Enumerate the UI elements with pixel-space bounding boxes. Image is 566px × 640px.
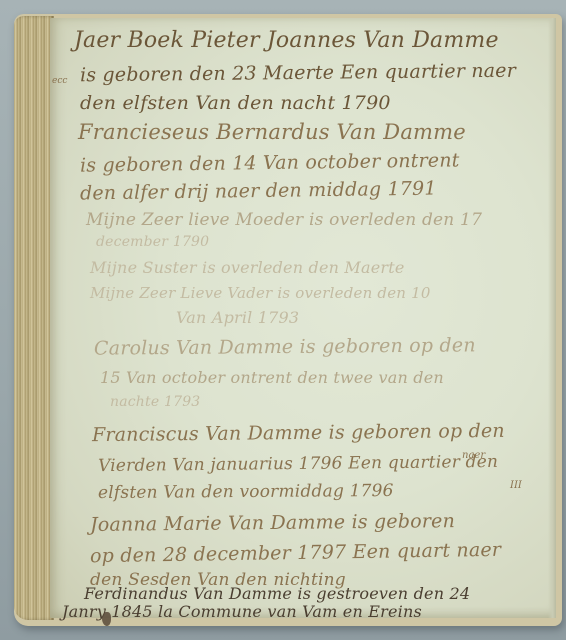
line-franciscus-3: elfsten Van den voormiddag 1796 — [98, 481, 394, 503]
line-mother-death-2: december 1790 — [96, 234, 209, 250]
line-joanna-2: op den 28 december 1797 Een quart naer — [90, 539, 501, 567]
line-title: Jaer Boek Pieter Joannes Van Damme — [74, 28, 499, 53]
line-carolus-2: 15 Van october ontrent den twee van den — [100, 368, 444, 387]
line-carolus-1: Carolus Van Damme is geboren op den — [94, 334, 476, 359]
line-ferdinandus-2: Janry 1845 la Commune van Vam en Ereins — [62, 602, 422, 621]
line-father-death-1: Mijne Zeer Lieve Vader is overleden den … — [90, 284, 431, 302]
line-joanna-1: Joanna Marie Van Damme is geboren — [90, 510, 455, 536]
line-carolus-3: nachte 1793 — [110, 394, 200, 410]
line-birth-pieter-2: den elfsten Van den nacht 1790 — [80, 92, 391, 114]
line-mother-death-1: Mijne Zeer lieve Moeder is overleden den… — [86, 210, 482, 230]
book-page-edges — [14, 16, 54, 620]
line-sister-death: Mijne Suster is overleden den Maerte — [90, 258, 405, 277]
line-franciscus-bernardus-1: Francieseus Bernardus Van Damme — [78, 120, 466, 144]
line-franciscus-bernardus-3: den alfer drij naer den middag 1791 — [80, 178, 437, 205]
line-ferdinandus-1: Ferdinandus Van Damme is gestroeven den … — [84, 584, 470, 603]
line-franciscus-2: Vierden Van januarius 1796 Een quartier … — [98, 452, 498, 476]
margin-mark: ecc — [52, 76, 67, 86]
ink-blot — [102, 612, 111, 626]
line-franciscus-1: Franciscus Van Damme is geboren op den — [92, 420, 505, 446]
page-right-edge — [548, 18, 556, 618]
line-father-death-2: Van April 1793 — [176, 308, 299, 327]
line-birth-pieter-1: is geboren den 23 Maerte Een quartier na… — [80, 60, 516, 87]
manuscript-page: Jaer Boek Pieter Joannes Van Damme is ge… — [50, 18, 556, 618]
line-franciscus-bernardus-2: is geboren den 14 Van october ontrent — [80, 149, 460, 176]
tick-marks: III — [510, 480, 522, 491]
superscript-naer: naer — [462, 450, 485, 461]
